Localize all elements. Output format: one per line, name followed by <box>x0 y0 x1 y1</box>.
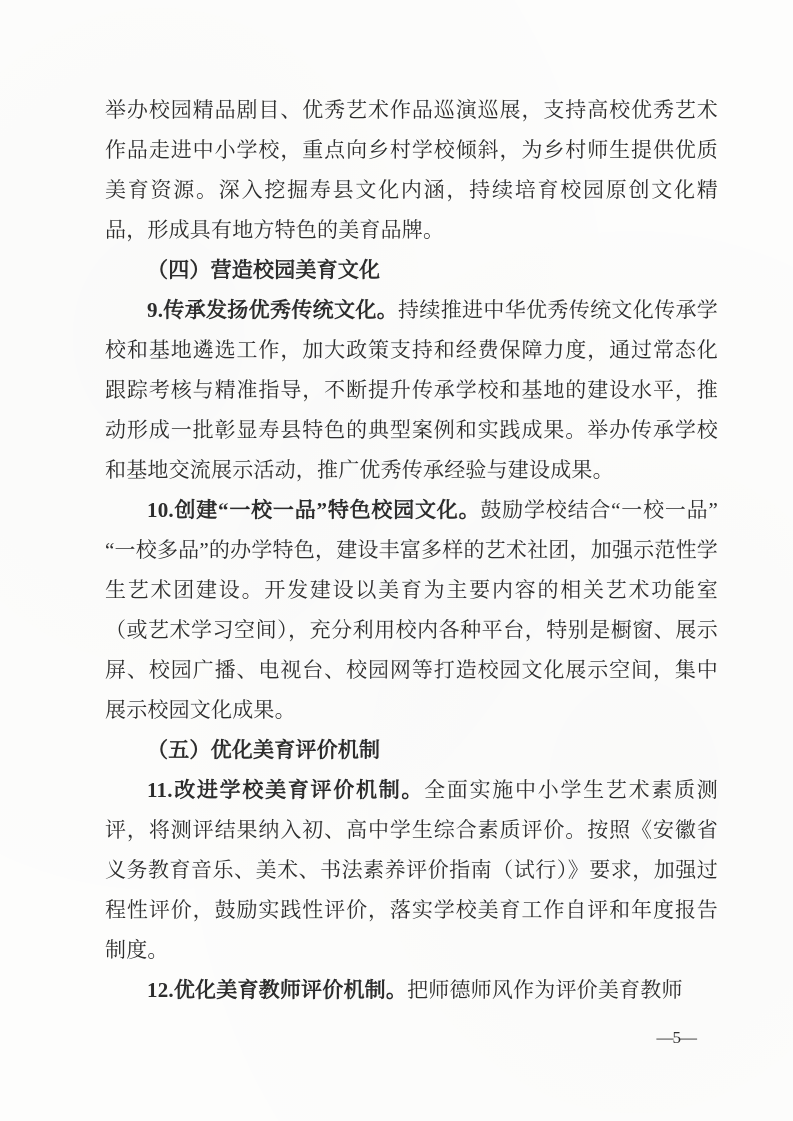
item-9-lead: 9.传承发扬优秀传统文化。 <box>147 298 398 322</box>
paragraph-item-11: 11.改进学校美育评价机制。全面实施中小学生艺术素质测评，将测评结果纳入初、高中… <box>105 770 718 970</box>
section-heading-5: （五）优化美育评价机制 <box>105 730 718 770</box>
paragraph-item-12: 12.优化美育教师评价机制。把师德师风作为评价美育教师 <box>105 970 718 1010</box>
document-body: 举办校园精品剧目、优秀艺术作品巡演巡展，支持高校优秀艺术作品走进中小学校，重点向… <box>105 90 718 1010</box>
item-10-text: 鼓励学校结合“一校一品”“一校多品”的办学特色，建设丰富多样的艺术社团，加强示范… <box>105 498 718 722</box>
paragraph-item-10: 10.创建“一校一品”特色校园文化。鼓励学校结合“一校一品”“一校多品”的办学特… <box>105 490 718 730</box>
paragraph-item-9: 9.传承发扬优秀传统文化。持续推进中华优秀传统文化传承学校和基地遴选工作，加大政… <box>105 290 718 490</box>
item-10-lead: 10.创建“一校一品”特色校园文化。 <box>147 498 480 522</box>
page-number: —5— <box>657 1028 697 1048</box>
paragraph-continuation: 举办校园精品剧目、优秀艺术作品巡演巡展，支持高校优秀艺术作品走进中小学校，重点向… <box>105 90 718 250</box>
item-12-text: 把师德师风作为评价美育教师 <box>407 978 683 1002</box>
section-heading-4: （四）营造校园美育文化 <box>105 250 718 290</box>
item-12-lead: 12.优化美育教师评价机制。 <box>147 978 407 1002</box>
item-11-text: 全面实施中小学生艺术素质测评，将测评结果纳入初、高中学生综合素质评价。按照《安徽… <box>105 778 718 962</box>
item-11-lead: 11.改进学校美育评价机制。 <box>147 778 424 802</box>
item-9-text: 持续推进中华优秀传统文化传承学校和基地遴选工作，加大政策支持和经费保障力度，通过… <box>105 298 718 482</box>
paragraph-text: 举办校园精品剧目、优秀艺术作品巡演巡展，支持高校优秀艺术作品走进中小学校，重点向… <box>105 98 718 242</box>
document-page: 举办校园精品剧目、优秀艺术作品巡演巡展，支持高校优秀艺术作品走进中小学校，重点向… <box>0 0 793 1121</box>
